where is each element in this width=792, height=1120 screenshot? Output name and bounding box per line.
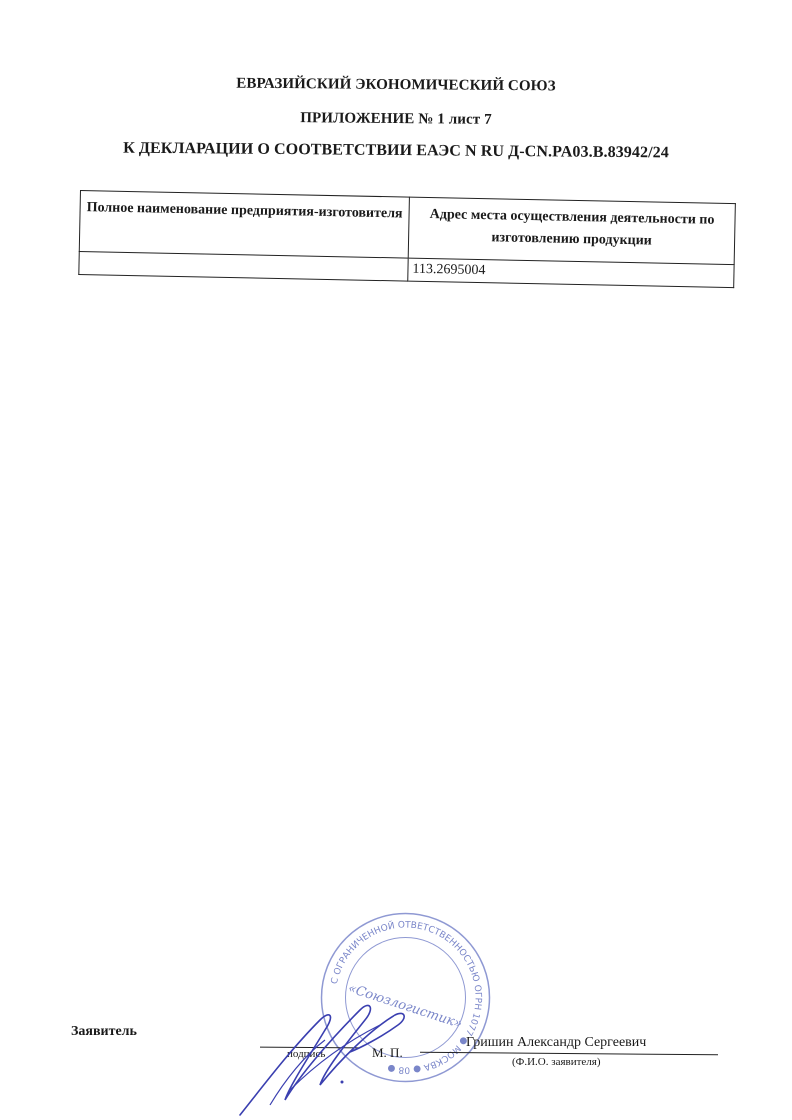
- column-header-address: Адрес места осуществления деятельности п…: [408, 197, 735, 265]
- manufacturer-table: Полное наименование предприятия-изготови…: [78, 190, 736, 288]
- applicant-label: Заявитель: [71, 1024, 137, 1040]
- column-header-manufacturer: Полное наименование предприятия-изготови…: [79, 191, 409, 259]
- handwritten-signature: [230, 990, 430, 1120]
- union-title: ЕВРАЗИЙСКИЙ ЭКОНОМИЧЕСКИЙ СОЮЗ: [0, 74, 792, 98]
- name-caption: (Ф.И.О. заявителя): [512, 1056, 601, 1068]
- appendix-title: ПРИЛОЖЕНИЕ № 1 лист 7: [0, 108, 792, 132]
- declaration-title: К ДЕКЛАРАЦИИ О СООТВЕТСТВИИ ЕАЭС N RU Д-…: [0, 139, 792, 164]
- applicant-name: Гришин Александр Сергеевич: [466, 1035, 646, 1051]
